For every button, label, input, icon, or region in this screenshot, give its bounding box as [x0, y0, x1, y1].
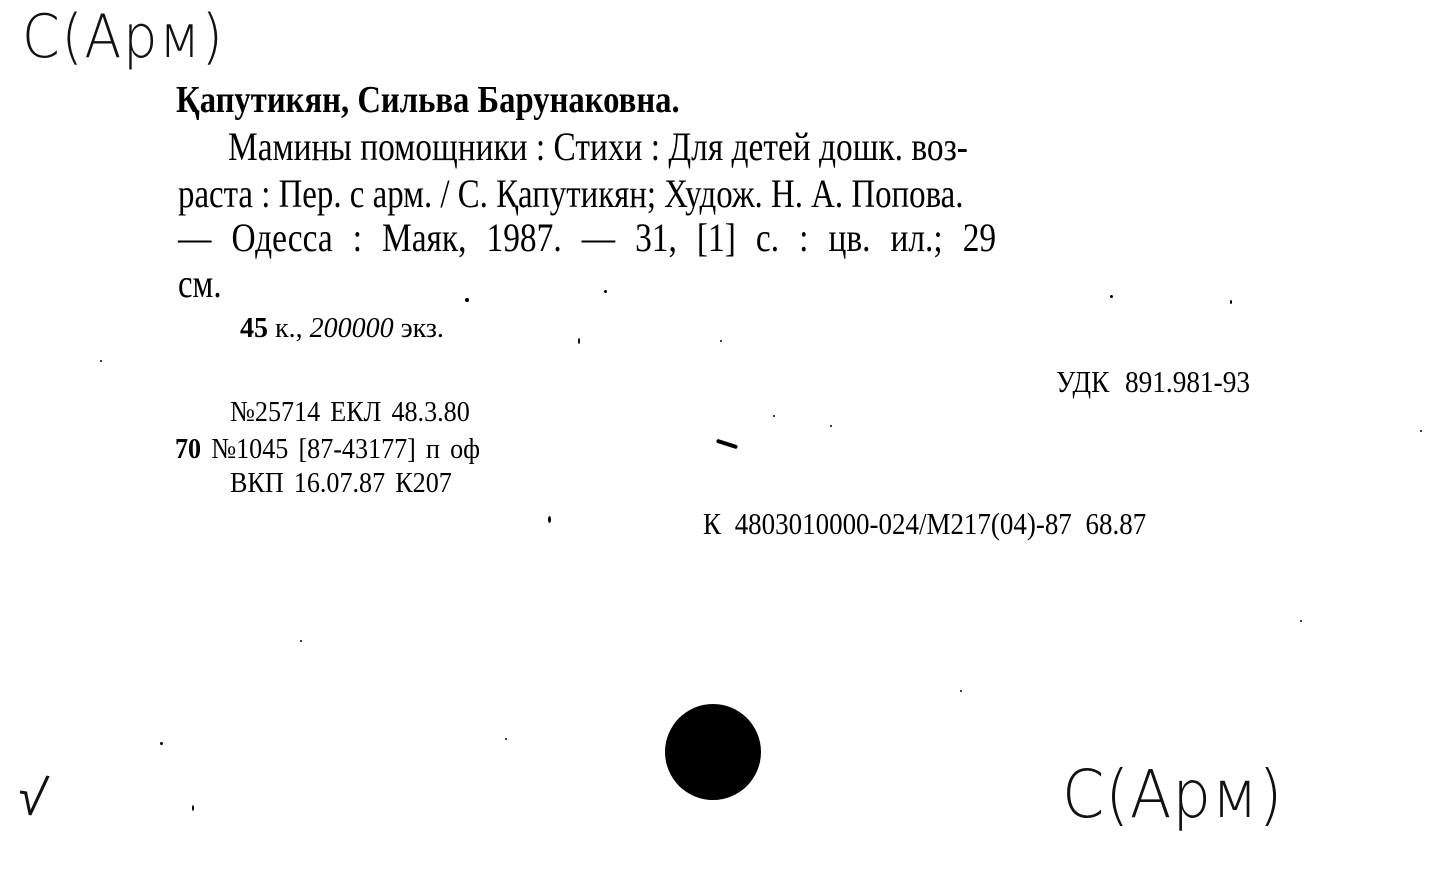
- checkmark-icon: √: [14, 766, 51, 829]
- scan-speck: [716, 439, 738, 450]
- imprint-line-2: 70 №1045 [87-43177] п оф: [175, 433, 480, 466]
- imprint-line-1: №25714 ЕКЛ 48.3.80: [230, 396, 470, 429]
- scan-speck: [720, 340, 722, 342]
- handwritten-shelfmark-bottom: С(Арм): [1062, 756, 1283, 833]
- scan-speck: [1110, 295, 1113, 298]
- description-line-4: см.: [178, 260, 222, 307]
- price-amount: 45: [240, 313, 268, 344]
- print-run-unit: экз.: [401, 313, 444, 344]
- price-unit: к.,: [275, 313, 303, 344]
- scan-speck: [505, 738, 507, 740]
- description-line-1: Мамины помощники : Стихи : Для детей дош…: [228, 123, 968, 170]
- imprint-line-2-text: №1045 [87-43177] п оф: [211, 433, 480, 465]
- scan-speck: [578, 338, 580, 344]
- scan-speck: [100, 360, 102, 362]
- handwritten-shelfmark-top: С(Арм): [22, 2, 225, 72]
- scan-speck: [160, 742, 163, 745]
- scan-speck: [960, 690, 962, 692]
- author-heading: Қапутикян, Сильва Барунаковна.: [176, 78, 680, 122]
- scan-speck: [1420, 430, 1422, 432]
- imprint-line-3: ВКП 16.07.87 К207: [230, 467, 452, 500]
- scan-speck: [604, 290, 607, 293]
- scan-speck: [773, 415, 775, 417]
- catalog-punch-hole: [665, 704, 761, 800]
- scan-speck: [1300, 620, 1302, 622]
- scan-speck: [465, 298, 469, 302]
- scan-speck: [548, 516, 551, 523]
- description-line-2: раста : Пер. с арм. / С. Қапутикян; Худо…: [178, 170, 963, 217]
- price-and-print-run: 45 к., 200000 экз.: [240, 313, 444, 345]
- classification-code: К 4803010000-024/М217(04)-87 68.87: [703, 506, 1146, 542]
- scan-speck: [830, 425, 832, 427]
- description-line-3: — Одесса : Маяк, 1987. — 31, [1] с. : цв…: [178, 214, 996, 261]
- scan-speck: [300, 640, 302, 642]
- print-run: 200000: [310, 313, 394, 344]
- imprint-number-prefix: 70: [175, 433, 201, 465]
- udk-code: УДК 891.981-93: [1056, 364, 1250, 400]
- scan-speck: [192, 805, 194, 811]
- scan-speck: [1230, 300, 1232, 304]
